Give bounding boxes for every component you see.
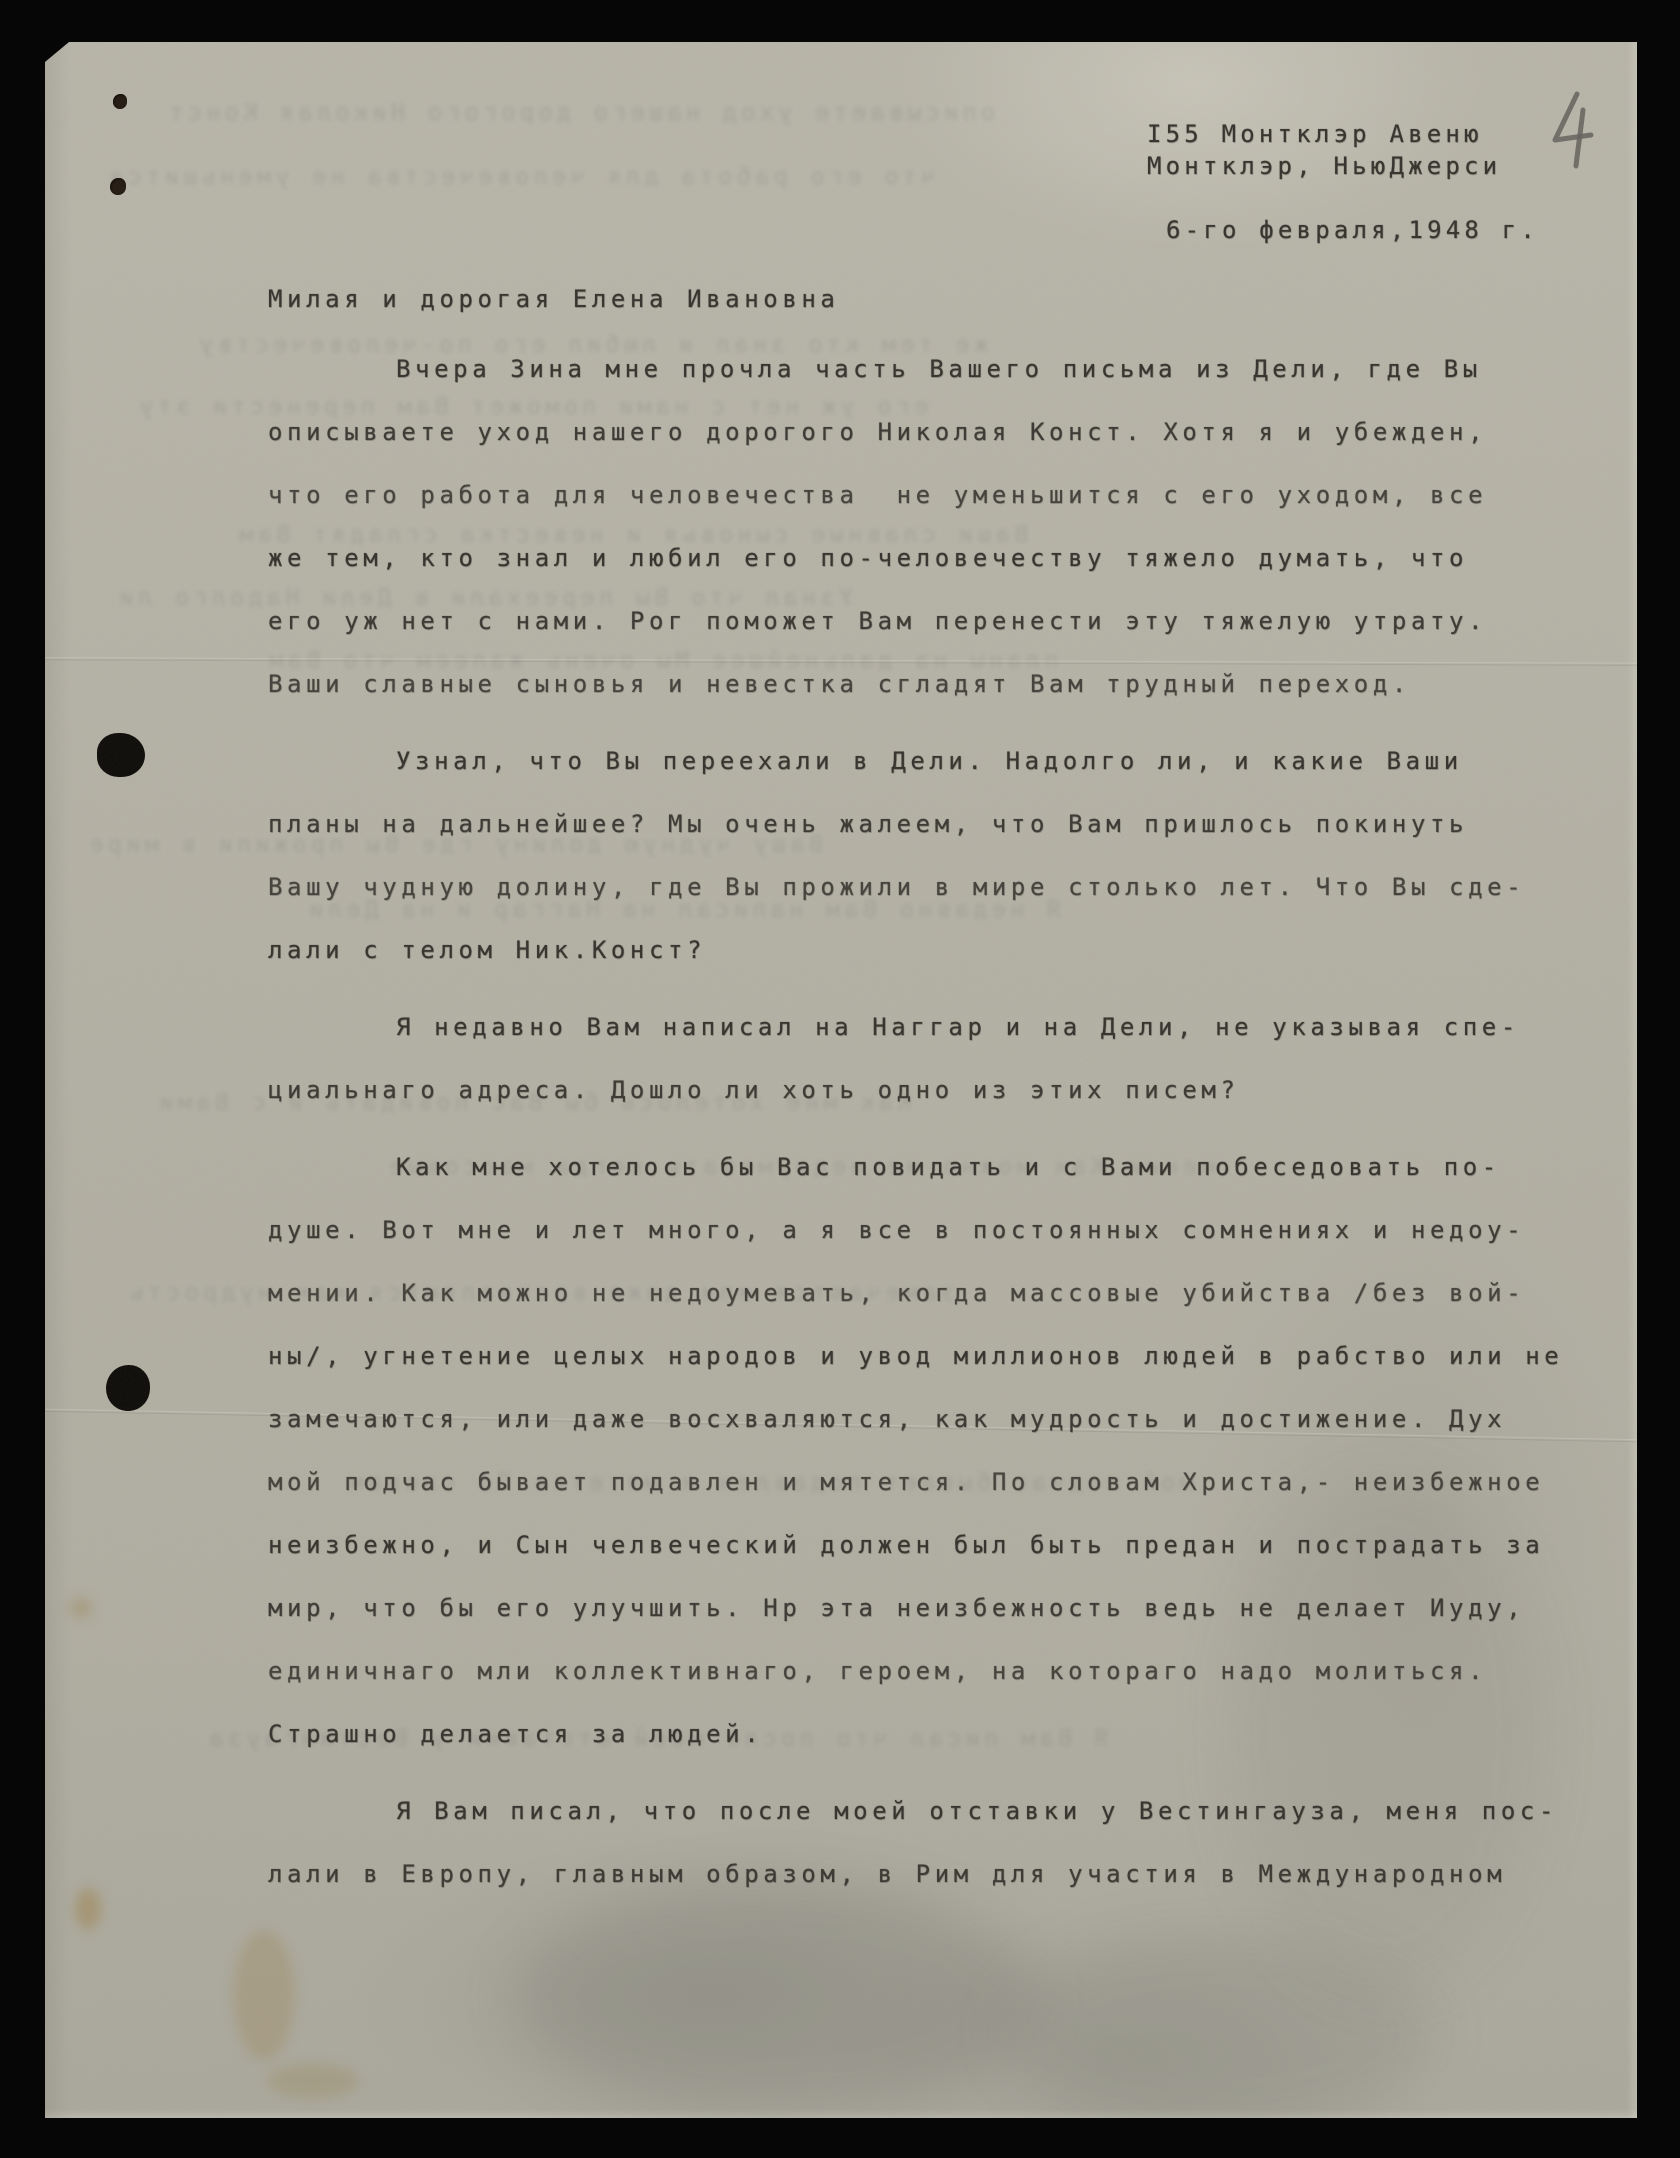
letter-line: же тем, кто знал и любил его по-человече… [268, 527, 1613, 590]
smudge [515, 1882, 1035, 2112]
stain [233, 1930, 295, 2060]
letter-line: Я Вам писал, что после моей отставки у В… [268, 1780, 1613, 1843]
salutation: Милая и дорогая Елена Ивановна [268, 268, 839, 331]
bleed-through-text: что его работа для человечества не умень… [105, 164, 935, 190]
paragraph: Я недавно Вам написал на Наггар и на Дел… [268, 996, 1613, 1122]
letter-line: лали с телом Ник.Конст? [268, 919, 1613, 982]
stain [267, 2064, 359, 2098]
paragraph: Я Вам писал, что после моей отставки у В… [268, 1780, 1613, 1906]
burn-speck [113, 94, 127, 109]
handwritten-page-number [1543, 86, 1603, 176]
punch-hole [97, 733, 145, 777]
letter-line: неизбежно, и Сын челвеческий должен был … [268, 1514, 1613, 1577]
letter-line: описываете уход нашего дорогого Николая … [268, 401, 1613, 464]
letter-line: ны/, угнетение целых народов и увод милл… [268, 1325, 1613, 1388]
stain [71, 1598, 91, 1618]
letter-line: Как мне хотелось бы Вас повидать и с Вам… [268, 1136, 1613, 1199]
letter-line: душе. Вот мне и лет много, а я все в пос… [268, 1199, 1613, 1262]
letter-line: Ваши славные сыновья и невестка сгладят … [268, 653, 1613, 716]
stain [75, 1888, 101, 1930]
letter-line: Вчера Зина мне прочла часть Вашего письм… [268, 338, 1613, 401]
letter-line: его уж нет с нами. Рог поможет Вам перен… [268, 590, 1613, 653]
letter-line: мой подчас бывает подавлен и мятется. По… [268, 1451, 1613, 1514]
paragraph: Узнал, что Вы переехали в Дели. Надолго … [268, 730, 1613, 982]
letter-line: Вашу чудную долину, где Вы прожили в мир… [268, 856, 1613, 919]
address-line: I55 Монтклэр Авеню [1147, 120, 1483, 148]
letter-line: мении. Как можно не недоумевать, когда м… [268, 1262, 1613, 1325]
letter-line: планы на дальнейшее? Мы очень жалеем, чт… [268, 793, 1613, 856]
bleed-through-text: описываете уход нашего дорогого Николая … [165, 100, 995, 126]
paragraph: Как мне хотелось бы Вас повидать и с Вам… [268, 1136, 1613, 1766]
address-line: Монтклэр, НьюДжерси [1147, 152, 1501, 180]
letter-line: замечаются, или даже восхваляются, как м… [268, 1388, 1613, 1451]
sender-address: I55 Монтклэр АвенюМонтклэр, НьюДжерси [1147, 118, 1501, 182]
letter-page: описываете уход нашего дорогого Николая … [45, 42, 1637, 2118]
letter-body: Вчера Зина мне прочла часть Вашего письм… [268, 338, 1613, 1906]
paragraph: Вчера Зина мне прочла часть Вашего письм… [268, 338, 1613, 716]
letter-line: что его работа для человечества не умень… [268, 464, 1613, 527]
letter-line: лали в Европу, главным образом, в Рим дл… [268, 1843, 1613, 1906]
letter-line: Узнал, что Вы переехали в Дели. Надолго … [268, 730, 1613, 793]
letter-line: Страшно делается за людей. [268, 1703, 1613, 1766]
letter-line: Я недавно Вам написал на Наггар и на Дел… [268, 996, 1613, 1059]
scan-photo: описываете уход нашего дорогого Николая … [0, 0, 1680, 2158]
letter-date: 6-го февраля,1948 г. [1166, 214, 1539, 246]
letter-line: единичнаго мли коллективнаго, героем, на… [268, 1640, 1613, 1703]
letter-line: мир, что бы его улучшить. Нр эта неизбеж… [268, 1577, 1613, 1640]
punch-hole [106, 1365, 150, 1411]
burn-speck [110, 178, 126, 195]
letter-line: циальнаго адреса. Дошло ли хоть одно из … [268, 1059, 1613, 1122]
